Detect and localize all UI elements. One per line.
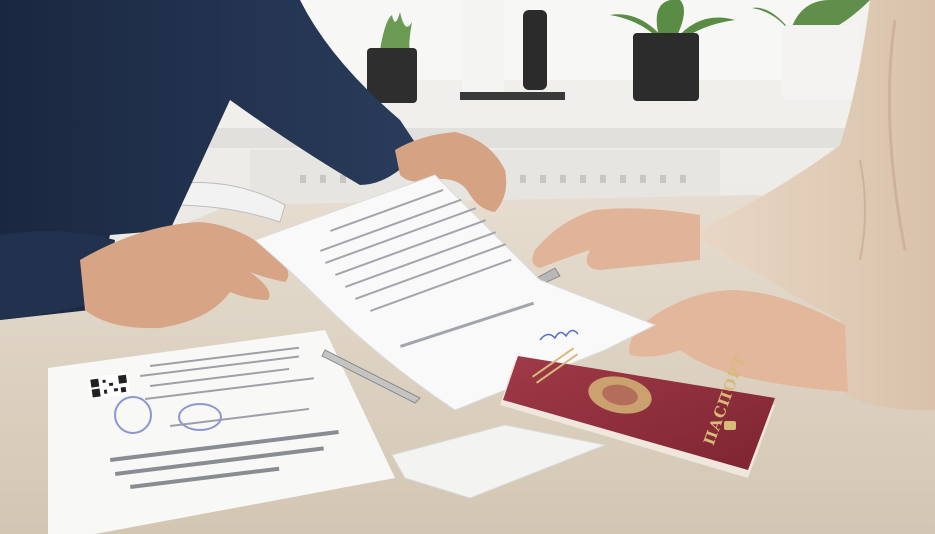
biometric-chip-icon <box>724 421 736 430</box>
photo-scene: ПАСПОРТ <box>0 0 935 534</box>
